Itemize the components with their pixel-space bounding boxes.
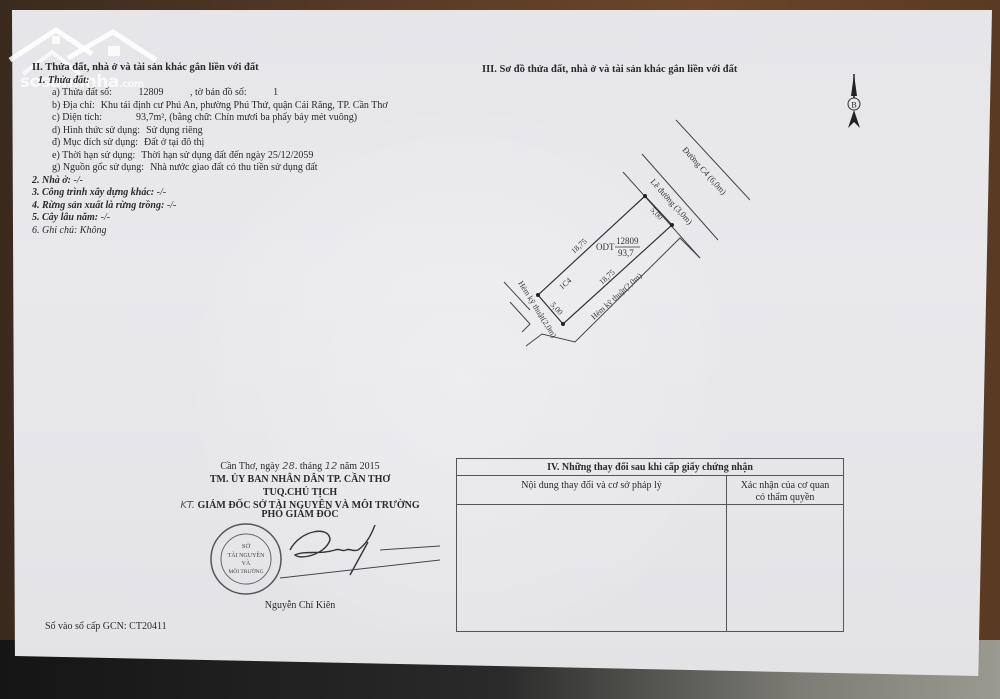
svg-text:93,7: 93,7 [618,248,634,258]
usage-form-row: d) Hình thức sử dụng:Sử dụng riêng [32,125,388,138]
origin-row: g) Nguồn gốc sử dụng:Nhà nước giao đất c… [32,162,388,175]
area-row: c) Diện tích:93,7m², (bằng chữ: Chín mươ… [32,112,388,125]
svg-text:12809: 12809 [616,236,639,246]
svg-text:Đường C4 (6,0m): Đường C4 (6,0m) [681,145,729,197]
svg-text:ODT: ODT [596,242,615,252]
svg-text:18,75: 18,75 [569,237,588,256]
forest-item: 4. Rừng sản xuất là rừng trồng: -/- [32,200,388,213]
svg-text:1C4: 1C4 [557,276,573,292]
land-heading: 1. Thửa đất: [32,75,388,88]
authority-confirmation-cell [727,505,844,632]
purpose-row: đ) Mục đích sử dụng:Đất ở tại đô thị [32,137,388,150]
official-seal-icon: SỞ TÀI NGUYÊN VÀ MÔI TRƯỜNG [208,521,284,597]
section-land-info: II. Thửa đất, nhà ở và tài sản khác gắn … [32,62,388,237]
svg-text:VÀ: VÀ [242,559,251,567]
signer-name: Nguyễn Chí Kiên [150,600,450,611]
svg-text:5,00: 5,00 [649,205,665,221]
registry-number: Số vào sổ cấp GCN: CT20411 [45,621,167,632]
column-header-authority-confirmation: Xác nhận của cơ quancó thẩm quyền [727,476,844,505]
other-construction-item: 3. Công trình xây dựng khác: -/- [32,187,388,200]
svg-text:SỞ: SỞ [242,542,251,550]
issue-date: Cần Thơ, ngày 28. tháng 12 năm 2015 [150,460,450,473]
svg-text:MÔI TRƯỜNG: MÔI TRƯỜNG [228,567,263,575]
section-3-title: III. Sơ đồ thửa đất, nhà ở và tài sản kh… [482,64,737,75]
handwritten-signature [280,520,440,580]
svg-text:5,00: 5,00 [549,300,565,316]
perennial-tree-item: 5. Cây lâu năm: -/- [32,212,388,225]
house-item: 2. Nhà ở: -/- [32,175,388,188]
svg-text:TÀI NGUYÊN: TÀI NGUYÊN [228,551,265,559]
parcel-number: 12809 [138,87,163,98]
term-row: e) Thời hạn sử dụng:Thời hạn sử dụng đất… [32,150,388,163]
note-item: 6. Ghi chú: Không [32,225,388,238]
section-4-title: IV. Những thay đổi sau khi cấp giấy chứn… [457,459,844,476]
north-arrow-icon: B [842,72,866,132]
parcel-row: a) Thửa đất số: 12809 , tờ bản đồ số: 1 [32,87,388,100]
column-header-change-content: Nội dung thay đổi và cơ sở pháp lý [457,476,727,505]
map-sheet-number: 1 [273,87,278,98]
parcel-diagram: Đường C4 (6,0m) Lề đường (3,0m) 5,00 18,… [490,110,750,350]
signature-block: Cần Thơ, ngày 28. tháng 12 năm 2015 TM. … [150,460,450,521]
change-content-cell [457,505,727,632]
address-row: b) Địa chỉ:Khu tái định cư Phú An, phườn… [32,100,388,113]
changes-table: IV. Những thay đổi sau khi cấp giấy chứn… [456,458,844,632]
section-2-title: II. Thửa đất, nhà ở và tài sản khác gắn … [32,62,388,75]
svg-text:B: B [851,101,856,110]
